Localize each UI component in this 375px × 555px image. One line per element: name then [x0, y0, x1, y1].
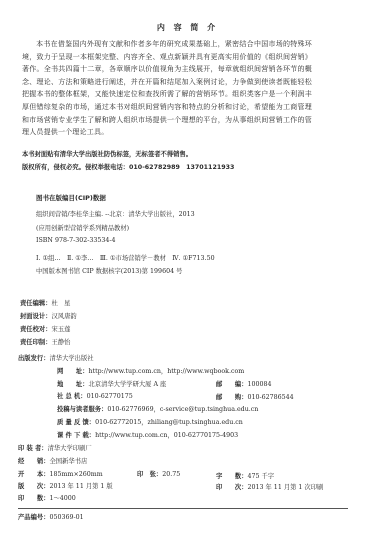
credit-label: 责任校对： [20, 326, 51, 333]
impression: 印 次：2013 年 11 月第 1 次印刷 [216, 482, 323, 491]
publisher-label: 出版发行： [18, 355, 49, 362]
website-value: http://www.tup.com.cn，http://www.wqbook.… [88, 368, 244, 375]
summary-title: 内 容 简 介 [0, 22, 375, 33]
credit-printing-supervisor: 责任印制：王静怡 [20, 337, 70, 346]
format-value: 185mm×260mm [49, 471, 102, 478]
publisher: 出版发行：清华大学出版社 [18, 353, 94, 362]
cip-classification: Ⅰ. ①组… Ⅱ. ①李… Ⅲ. ①市场营销学－教材 Ⅳ. ①F713.50 [36, 253, 215, 262]
edition-label: 版 次： [18, 483, 49, 490]
product-code: 050369-01 [49, 514, 83, 521]
distributor-value: 全国新华书店 [49, 458, 87, 465]
publisher-submission: 投稿与读者服务：010-62776969，c-service@tup.tsing… [57, 404, 258, 413]
credit-value: 汉风唐韵 [51, 313, 76, 320]
publisher-address: 地 址：北京清华大学学研大厦 A 座 [57, 379, 166, 388]
credit-cover-design: 封面设计：汉风唐韵 [20, 311, 77, 320]
switchboard-value: 010-62770175 [87, 393, 133, 400]
impression-value: 2013 年 11 月第 1 次印刷 [247, 484, 323, 491]
bottom-rule [18, 508, 348, 509]
edition: 版 次：2013 年 11 月第 1 版 [18, 481, 113, 490]
summary-text: 本书在借鉴国内外现有文献和作者多年的研究成果基础上，紧密结合中国市场的特殊环境，… [22, 40, 312, 136]
copyright-notice: 版权所有，侵权必究。侵权举报电话：010-62782989 1370112193… [22, 162, 234, 171]
postcode-label: 邮 编： [216, 381, 247, 388]
printer-value: 清华大学印刷厂 [48, 445, 92, 452]
credit-value: 王静怡 [51, 339, 70, 346]
switchboard-label: 社 总 机： [57, 393, 87, 400]
publisher-website: 网 址：http://www.tup.com.cn，http://www.wqb… [57, 366, 244, 375]
publisher-postcode: 邮 编：100084 [216, 379, 272, 388]
words-value: 475 千字 [247, 473, 274, 480]
credit-label: 责任印制： [20, 339, 51, 346]
publisher-name: 清华大学出版社 [49, 355, 93, 362]
edition-value: 2013 年 11 月第 1 版 [49, 483, 112, 490]
anti-counterfeit-notice: 本书封面贴有清华大学出版社防伪标签，无标签者不得销售。 [22, 149, 192, 158]
cip-approval-number: 中国版本图书馆 CIP 数据核字(2013)第 199604 号 [36, 266, 182, 275]
distributor: 经 销：全国新华书店 [18, 456, 87, 465]
printer: 印 装 者：清华大学印刷厂 [18, 443, 92, 452]
copies-value: 1～4000 [49, 495, 75, 502]
cip-heading: 图书在版编目(CIP)数据 [36, 193, 106, 202]
download-label: 课 件 下 载： [57, 432, 95, 439]
summary-paragraph: 本书在借鉴国内外现有文献和作者多年的研究成果基础上，紧密结合中国市场的特殊环境，… [22, 38, 312, 139]
postcode-value: 100084 [247, 381, 271, 388]
address-label: 地 址： [57, 381, 88, 388]
cip-line: (应用创新型营销学系列精品教材) [36, 223, 129, 232]
format-label: 开 本： [18, 471, 49, 478]
price-row: 定 价： [18, 495, 49, 504]
address-value: 北京清华大学学研大厦 A 座 [88, 381, 166, 388]
publisher-mail-order: 邮 购：010-62786544 [216, 392, 294, 401]
submission-value: 010-62776969，c-service@tup.tsinghua.edu.… [107, 406, 258, 413]
product-label: 产品编号： [18, 514, 49, 521]
word-count: 字 数：475 千字 [216, 471, 274, 480]
sheets-label: 印 张： [137, 471, 162, 478]
impression-label: 印 次： [216, 484, 247, 491]
cip-line: 组织间营销/李桂华主编. --北京：清华大学出版社，2013 [36, 209, 195, 218]
distributor-label: 经 销： [18, 458, 49, 465]
credit-label: 封面设计： [20, 313, 51, 320]
download-value: http://www.tup.com.cn，010-62770175-4903 [95, 432, 238, 439]
format: 开 本：185mm×260mm [18, 469, 103, 478]
sheets: 印 张：20.75 [137, 469, 180, 478]
credit-value: 宋玉莲 [51, 326, 70, 333]
printer-label: 印 装 者： [18, 445, 48, 452]
credit-proofreader: 责任校对：宋玉莲 [20, 324, 70, 333]
mail-value: 010-62786544 [247, 394, 293, 401]
product-number: 产品编号：050369-01 [18, 512, 84, 521]
website-label: 网 址： [57, 368, 88, 375]
publisher-switchboard: 社 总 机：010-62770175 [57, 391, 133, 400]
feedback-label: 质 量 反 馈： [57, 419, 95, 426]
sheets-value: 20.75 [162, 471, 180, 478]
publisher-feedback: 质 量 反 馈：010-62772015，zhiliang@tup.tsingh… [57, 417, 243, 426]
credit-label: 责任编辑： [20, 300, 51, 307]
submission-label: 投稿与读者服务： [57, 406, 107, 413]
mail-label: 邮 购： [216, 394, 247, 401]
credit-editor: 责任编辑：杜 星 [20, 298, 70, 307]
credit-value: 杜 星 [51, 300, 70, 307]
publisher-download: 课 件 下 载：http://www.tup.com.cn，010-627701… [57, 430, 238, 439]
cip-line: ISBN 978-7-302-33534-4 [36, 237, 116, 244]
feedback-value: 010-62772015，zhiliang@tup.tsinghua.edu.c… [95, 419, 243, 426]
words-label: 字 数： [216, 473, 247, 480]
